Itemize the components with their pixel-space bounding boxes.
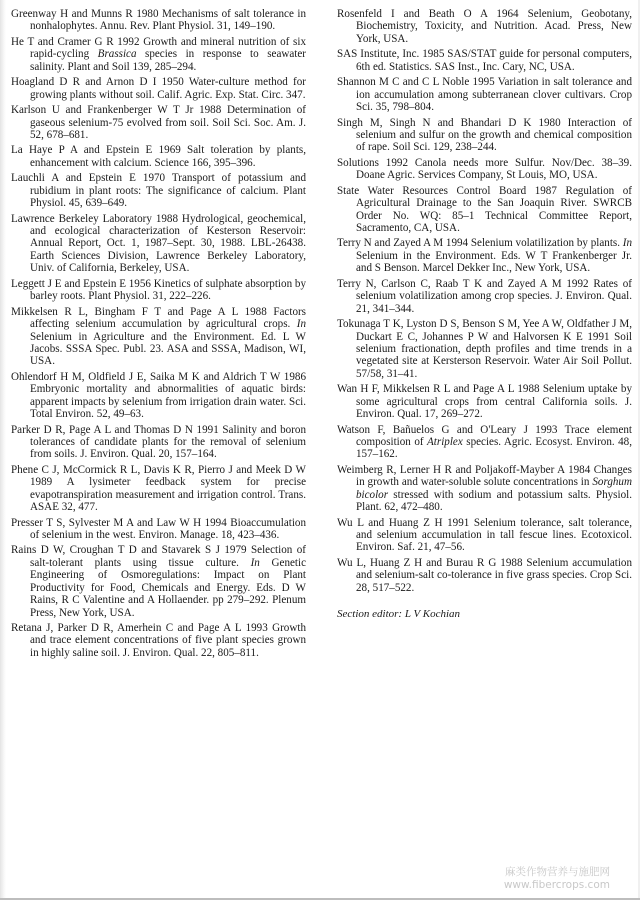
reference-item: Wu L and Huang Z H 1991 Selenium toleran…	[337, 517, 632, 554]
reference-item: Ohlendorf H M, Oldfield J E, Saika M K a…	[11, 371, 306, 421]
reference-item: Parker D R, Page A L and Thomas D N 1991…	[11, 424, 306, 461]
reference-item: State Water Resources Control Board 1987…	[337, 185, 632, 235]
reference-item: Wu L, Huang Z H and Burau R G 1988 Selen…	[337, 557, 632, 594]
reference-item: Terry N, Carlson C, Raab T K and Zayed A…	[337, 278, 632, 315]
reference-item: La Haye P A and Epstein E 1969 Salt tole…	[11, 144, 306, 169]
reference-item: Lauchli A and Epstein E 1970 Transport o…	[11, 172, 306, 209]
reference-item: He T and Cramer G R 1992 Growth and mine…	[11, 36, 306, 73]
references-column-right: Rosenfeld I and Beath O A 1964 Selenium,…	[337, 8, 632, 632]
reference-item: Watson F, Bañuelos G and O'Leary J 1993 …	[337, 424, 632, 461]
reference-item: Rains D W, Croughan T D and Stavarek S J…	[11, 544, 306, 618]
reference-item: Tokunaga T K, Lyston D S, Benson S M, Ye…	[337, 318, 632, 380]
references-column-left: Greenway H and Munns R 1980 Mechanisms o…	[11, 8, 306, 662]
reference-item: Karlson U and Frankenberger W T Jr 1988 …	[11, 104, 306, 141]
reference-item: Mikkelsen R L, Bingham F T and Page A L …	[11, 306, 306, 368]
reference-item: Greenway H and Munns R 1980 Mechanisms o…	[11, 8, 306, 33]
reference-item: Retana J, Parker D R, Amerhein C and Pag…	[11, 622, 306, 659]
reference-item: SAS Institute, Inc. 1985 SAS/STAT guide …	[337, 48, 632, 73]
reference-item: Rosenfeld I and Beath O A 1964 Selenium,…	[337, 8, 632, 45]
reference-item: Shannon M C and C L Noble 1995 Variation…	[337, 76, 632, 113]
section-editor: Section editor: L V Kochian	[337, 608, 632, 620]
watermark-url: www.fibercrops.com	[504, 879, 610, 892]
reference-item: Weimberg R, Lerner H R and Poljakoff-May…	[337, 464, 632, 514]
reference-item: Wan H F, Mikkelsen R L and Page A L 1988…	[337, 383, 632, 420]
reference-item: Singh M, Singh N and Bhandari D K 1980 I…	[337, 117, 632, 154]
watermark-chinese: 麻类作物营养与施肥网	[504, 866, 610, 879]
reference-item: Presser T S, Sylvester M A and Law W H 1…	[11, 517, 306, 542]
reference-item: Solutions 1992 Canola needs more Sulfur.…	[337, 157, 632, 182]
reference-item: Lawrence Berkeley Laboratory 1988 Hydrol…	[11, 213, 306, 275]
watermark: 麻类作物营养与施肥网 www.fibercrops.com	[504, 866, 610, 892]
reference-item: Phene C J, McCormick R L, Davis K R, Pie…	[11, 464, 306, 514]
reference-item: Leggett J E and Epstein E 1956 Kinetics …	[11, 278, 306, 303]
reference-item: Hoagland D R and Arnon D I 1950 Water-cu…	[11, 76, 306, 101]
page-edge-left	[0, 0, 6, 900]
reference-item: Terry N and Zayed A M 1994 Selenium vola…	[337, 237, 632, 274]
